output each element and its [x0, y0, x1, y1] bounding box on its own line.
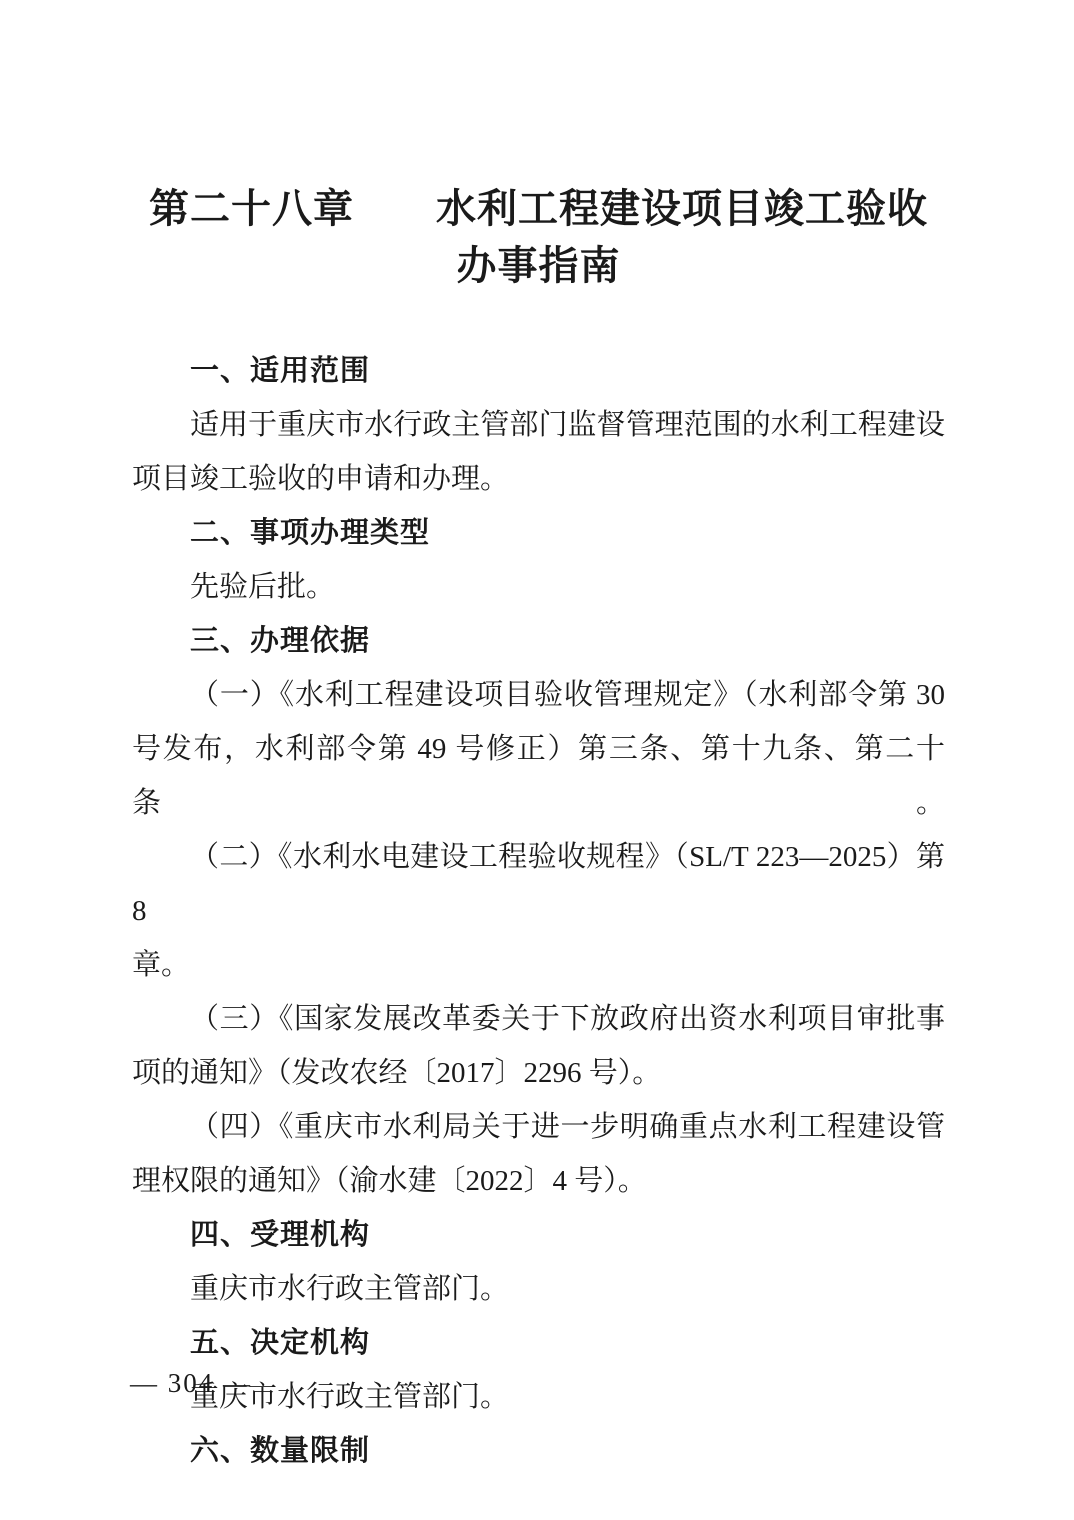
- document-body: 一、适用范围 适用于重庆市水行政主管部门监督管理范围的水利工程建设 项目竣工验收…: [132, 344, 945, 1478]
- section-heading-deciding-authority: 五、决定机构: [132, 1316, 945, 1370]
- chapter-title-line2: 办事指南: [132, 237, 945, 294]
- section-heading-quantity-limit: 六、数量限制: [132, 1424, 945, 1478]
- body-line: 理权限的通知》（渝水建〔2022〕4 号）。: [132, 1154, 945, 1208]
- body-line: 号发布，水利部令第 49 号修正）第三条、第十九条、第二十条。: [132, 722, 945, 830]
- body-line: 项目竣工验收的申请和办理。: [132, 452, 945, 506]
- chapter-title-line1: 第二十八章 水利工程建设项目竣工验收: [132, 180, 945, 237]
- body-line: 适用于重庆市水行政主管部门监督管理范围的水利工程建设: [132, 398, 945, 452]
- body-line: 章。: [132, 938, 945, 992]
- body-line: 先验后批。: [132, 560, 945, 614]
- body-line: 项的通知》（发改农经〔2017〕2296 号）。: [132, 1046, 945, 1100]
- section-heading-legal-basis: 三、办理依据: [132, 614, 945, 668]
- section-heading-accepting-authority: 四、受理机构: [132, 1208, 945, 1262]
- section-heading-handling-type: 二、事项办理类型: [132, 506, 945, 560]
- body-line: 重庆市水行政主管部门。: [132, 1262, 945, 1316]
- chapter-title: 第二十八章 水利工程建设项目竣工验收 办事指南: [132, 0, 945, 294]
- body-line: （二）《水利水电建设工程验收规程》（SL/T 223—2025）第 8: [132, 830, 945, 938]
- body-line: （四）《重庆市水利局关于进一步明确重点水利工程建设管: [132, 1100, 945, 1154]
- body-line: 重庆市水行政主管部门。: [132, 1370, 945, 1424]
- section-heading-scope: 一、适用范围: [132, 344, 945, 398]
- document-page: 第二十八章 水利工程建设项目竣工验收 办事指南 一、适用范围 适用于重庆市水行政…: [0, 0, 1074, 1520]
- body-line: （一）《水利工程建设项目验收管理规定》（水利部令第 30: [132, 668, 945, 722]
- page-number: — 304 —: [130, 1368, 252, 1399]
- body-line: （三）《国家发展改革委关于下放政府出资水利项目审批事: [132, 992, 945, 1046]
